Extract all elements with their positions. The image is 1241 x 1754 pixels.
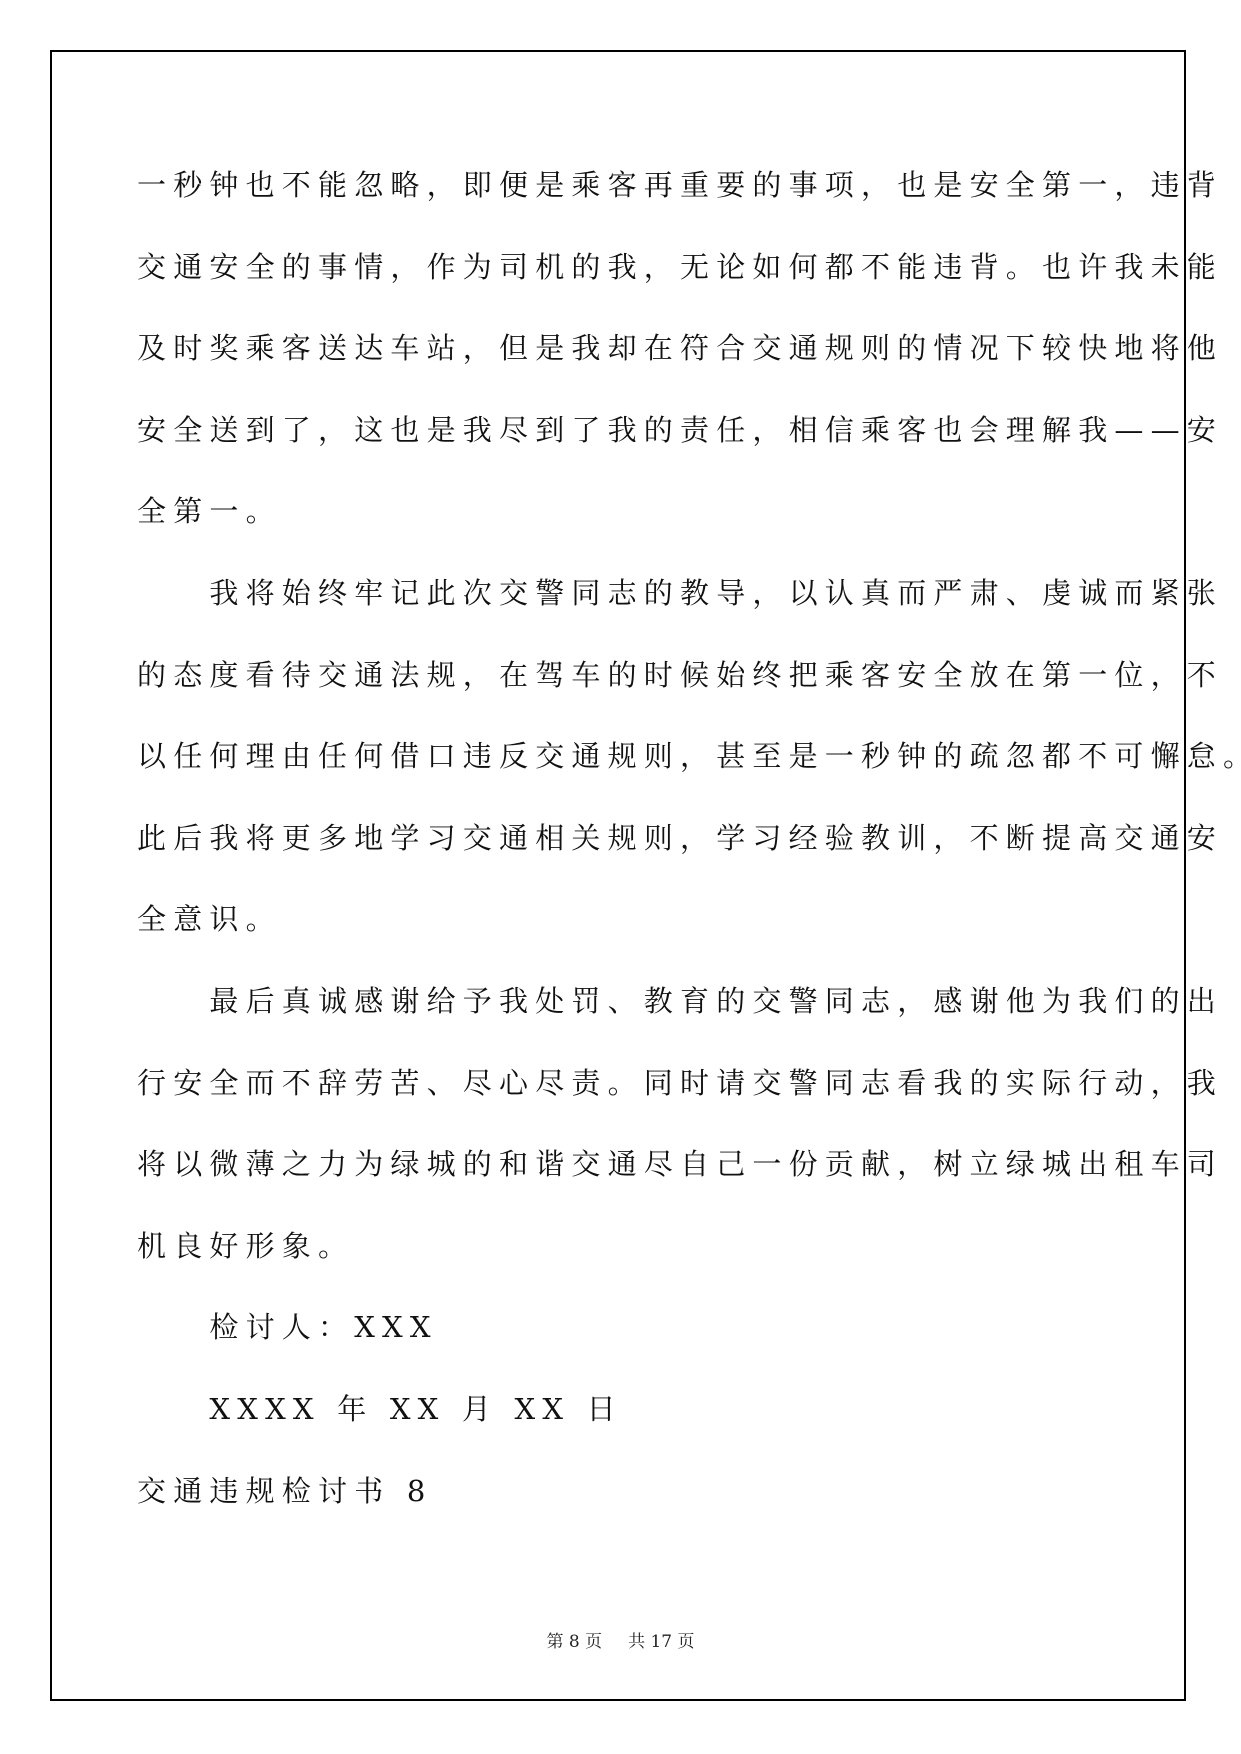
text-line: 的态度看待交通法规，在驾车的时候始终把乘客安全放在第一位，不 xyxy=(137,648,1087,730)
text-line: 安全送到了，这也是我尽到了我的责任，相信乘客也会理解我——安 xyxy=(137,403,1087,485)
date-line: XXXX 年 XX 月 XX 日 xyxy=(137,1382,1087,1464)
text-line: 全意识。 xyxy=(137,892,1087,974)
current-page-label: 第 8 页 xyxy=(546,1632,602,1652)
text-line: 全第一。 xyxy=(137,484,1087,566)
text-line: 机良好形象。 xyxy=(137,1219,1087,1301)
document-body: 一秒钟也不能忽略，即便是乘客再重要的事项，也是安全第一，违背 交通安全的事情，作… xyxy=(137,158,1087,1545)
text-line: 以任何理由任何借口违反交通规则，甚至是一秒钟的疏忽都不可懈怠。 xyxy=(137,729,1087,811)
text-line: 交通安全的事情，作为司机的我，无论如何都不能违背。也许我未能 xyxy=(137,240,1087,322)
text-line: 一秒钟也不能忽略，即便是乘客再重要的事项，也是安全第一，违背 xyxy=(137,158,1087,240)
total-pages-label: 共 17 页 xyxy=(628,1632,694,1652)
text-line: 我将始终牢记此次交警同志的教导，以认真而严肃、虔诚而紧张 xyxy=(137,566,1087,648)
signature-line: 检讨人：XXX xyxy=(137,1300,1087,1382)
text-line: 及时奖乘客送达车站，但是我却在符合交通规则的情况下较快地将他 xyxy=(137,321,1087,403)
page-footer: 第 8 页共 17 页 xyxy=(0,1627,1241,1652)
text-line: 将以微薄之力为绿城的和谐交通尽自己一份贡献，树立绿城出租车司 xyxy=(137,1137,1087,1219)
text-line: 行安全而不辞劳苦、尽心尽责。同时请交警同志看我的实际行动，我 xyxy=(137,1056,1087,1138)
section-heading: 交通违规检讨书 8 xyxy=(137,1464,1087,1546)
text-line: 此后我将更多地学习交通相关规则，学习经验教训，不断提高交通安 xyxy=(137,811,1087,893)
text-line: 最后真诚感谢给予我处罚、教育的交警同志，感谢他为我们的出 xyxy=(137,974,1087,1056)
